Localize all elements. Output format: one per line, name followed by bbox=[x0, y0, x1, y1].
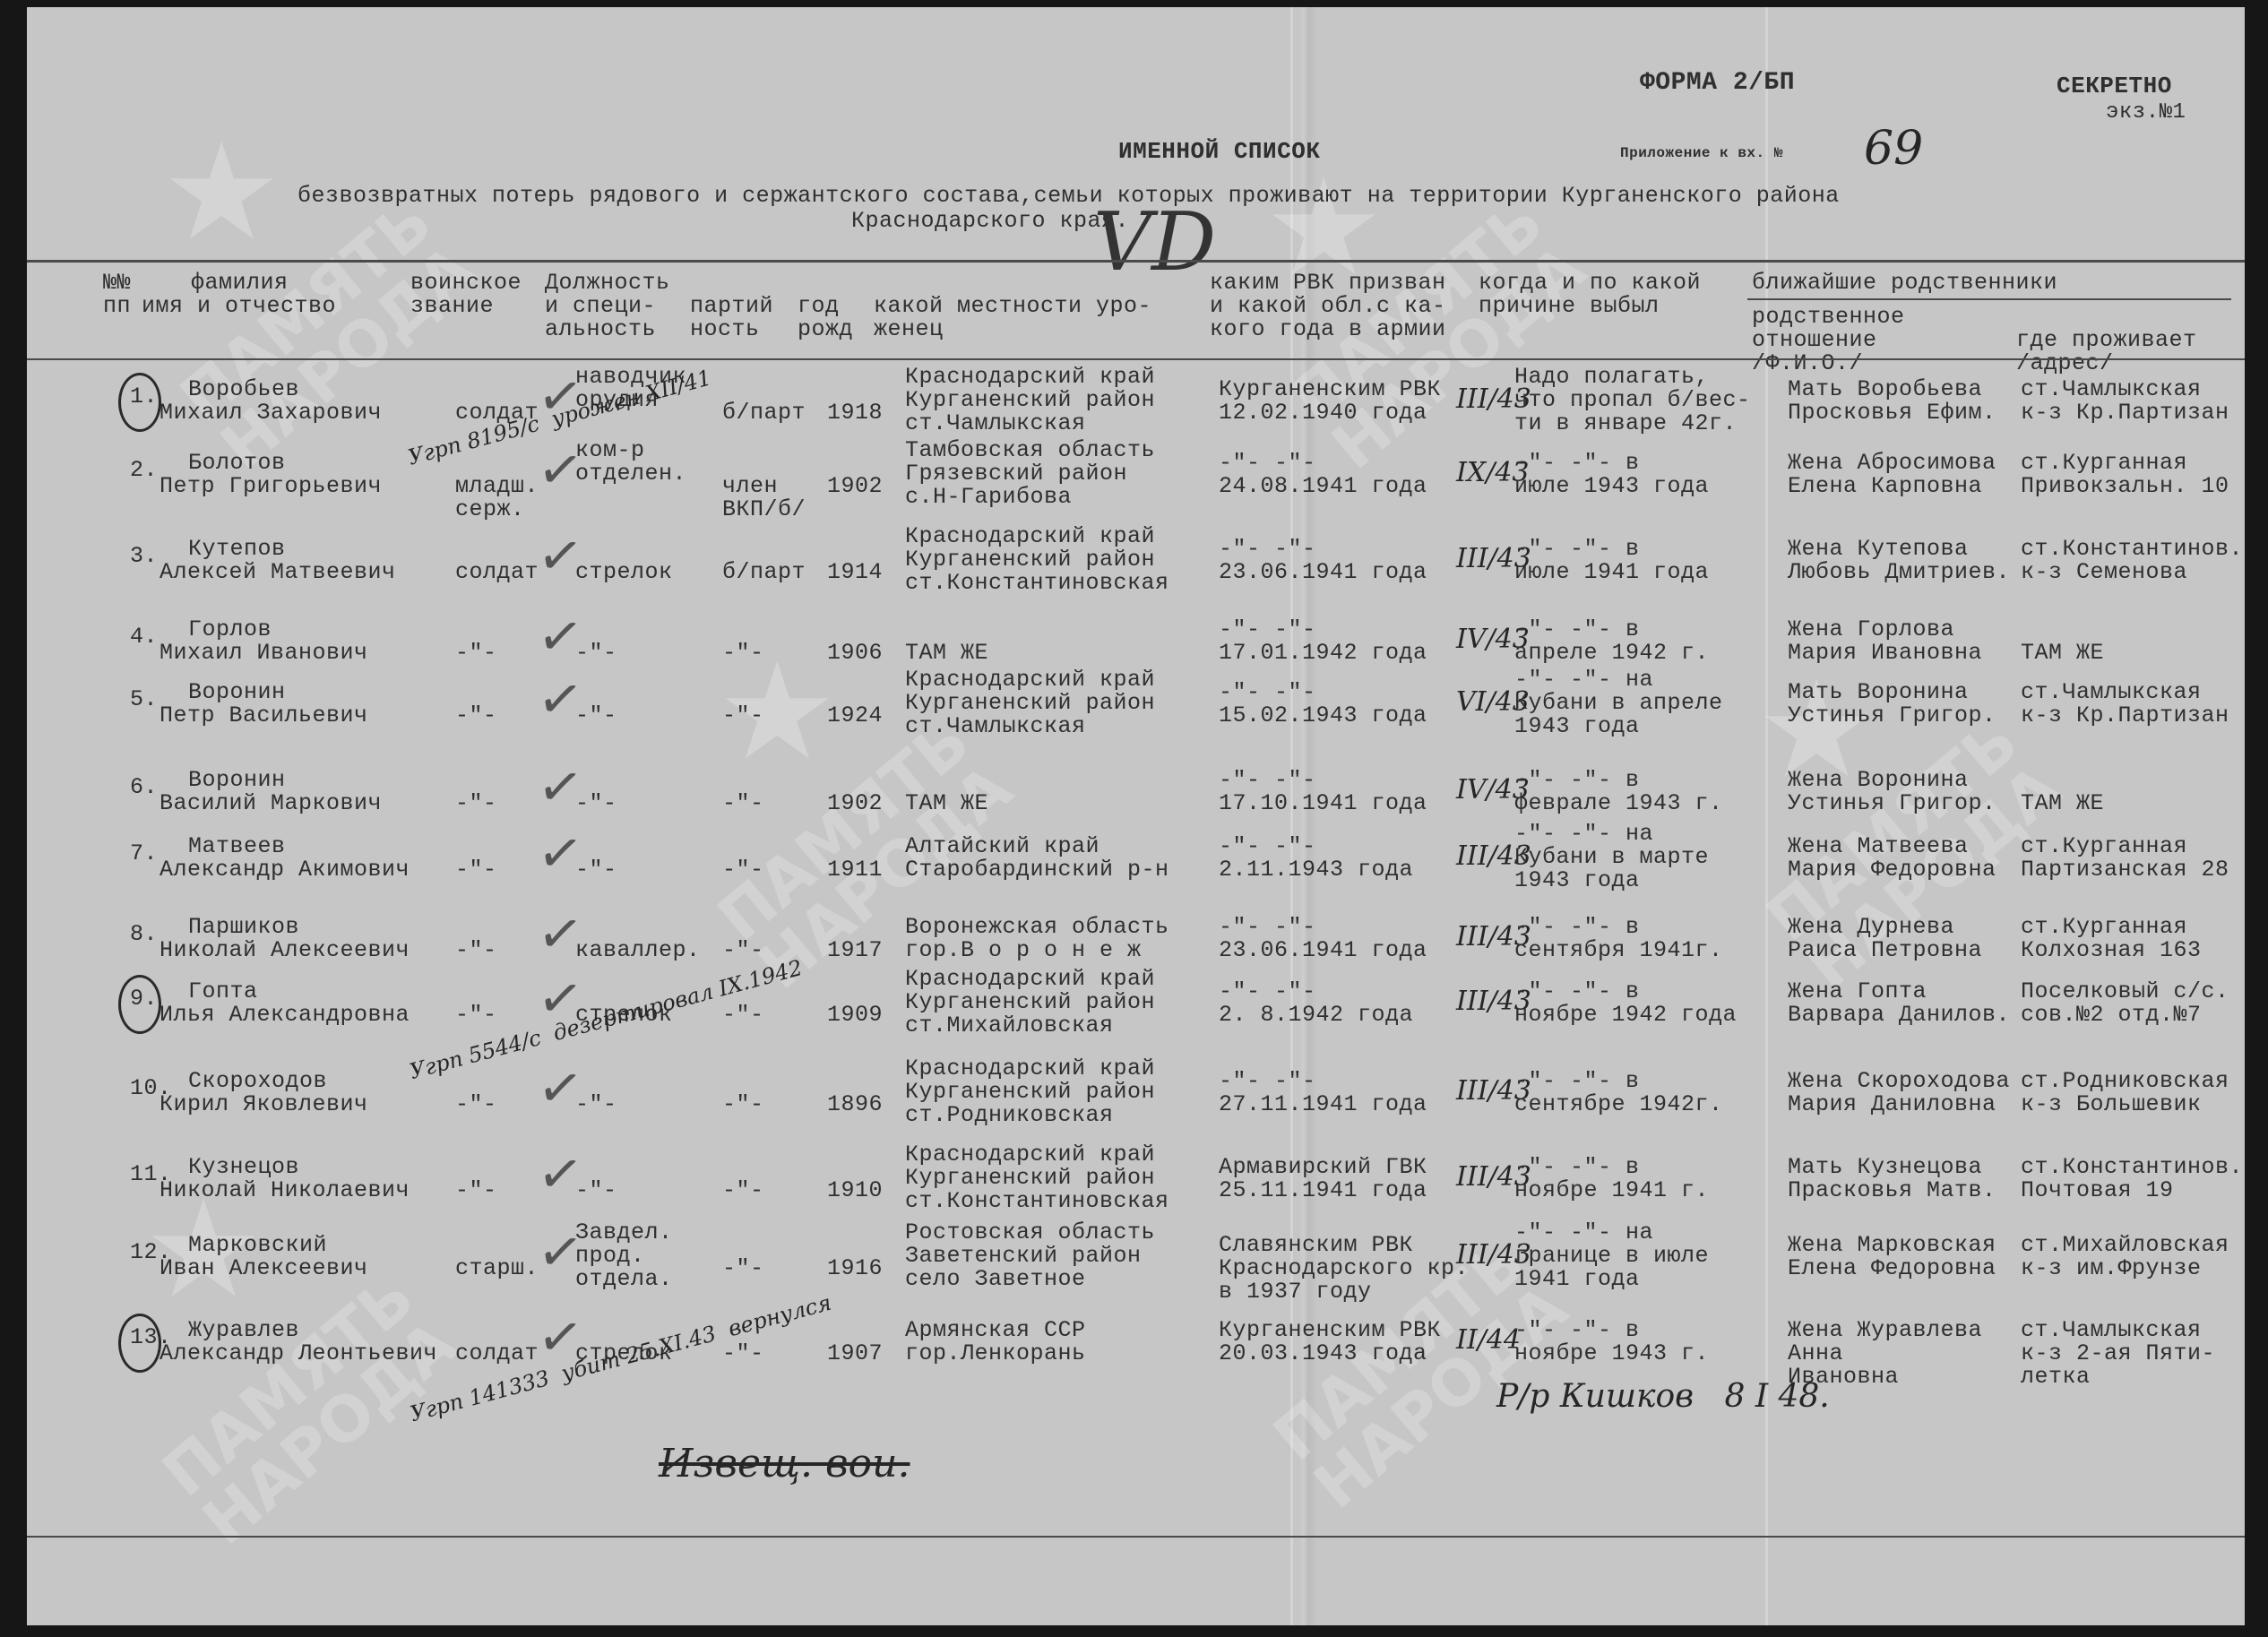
relative-address: ст.Константинов. к-з Семенова bbox=[2021, 538, 2243, 584]
surname: Кутепов bbox=[188, 538, 286, 561]
birth-year: 1910 bbox=[827, 1179, 883, 1202]
col-relatives-group: ближайшие родственники bbox=[1752, 271, 2057, 295]
check-mark-icon: ✓ bbox=[533, 1141, 587, 1209]
surname: Матвеев bbox=[188, 835, 286, 858]
circle-mark bbox=[118, 975, 161, 1034]
relative-address: ст.Курганная Партизанская 28 bbox=[2021, 835, 2229, 882]
copy-label: экз.№1 bbox=[2106, 101, 2186, 125]
page-title: ИМЕННОЙ СПИСОК bbox=[1118, 140, 1320, 163]
handwritten-date-mark: II/44 bbox=[1456, 1324, 1521, 1356]
relative-address: ТАМ ЖЕ bbox=[2021, 792, 2104, 815]
origin: Краснодарский край Курганенский район ст… bbox=[905, 366, 1155, 435]
party: -"- bbox=[722, 858, 821, 882]
surname: Горлов bbox=[188, 618, 272, 642]
surname: Паршиков bbox=[188, 916, 299, 939]
relative-address: ст.Чамлыкская к-з 2-ая Пяти- летка bbox=[2021, 1319, 2215, 1389]
row-number: 5. bbox=[130, 688, 158, 711]
birth-year: 1909 bbox=[827, 1004, 883, 1027]
origin: Краснодарский край Курганенский район ст… bbox=[905, 668, 1155, 738]
check-mark-icon: ✓ bbox=[533, 436, 587, 504]
col-origin: какой местности уро- женец bbox=[874, 295, 1151, 341]
loss-reason: -"- -"- в сентября 1941г. bbox=[1514, 916, 1723, 962]
birth-year: 1924 bbox=[827, 704, 883, 728]
relative-address: ст.Михайловская к-з им.Фрунзе bbox=[2021, 1234, 2229, 1280]
loss-reason: -"- -"- в сентябре 1942г. bbox=[1514, 1070, 1723, 1116]
footer-note: Извещ. вои. bbox=[659, 1441, 910, 1486]
given-names: Василий Маркович bbox=[160, 792, 382, 815]
col-address: где проживает /адрес/ bbox=[2016, 329, 2197, 375]
check-mark-icon: ✓ bbox=[533, 603, 587, 671]
table-bottom-rule bbox=[27, 1536, 2245, 1538]
origin: ТАМ ЖЕ bbox=[905, 792, 988, 815]
check-mark-icon: ✓ bbox=[533, 900, 587, 969]
conscription: -"- -"- 27.11.1941 года bbox=[1219, 1070, 1427, 1116]
origin: Алтайский край Старобардинский р-н bbox=[905, 835, 1169, 882]
loss-reason: -"- -"- на Кубани в апреле 1943 года bbox=[1514, 668, 1723, 738]
party: б/парт bbox=[722, 561, 821, 584]
given-names: Николай Алексеевич bbox=[160, 939, 410, 962]
loss-reason: -"- -"- в июле 1943 года bbox=[1514, 452, 1709, 498]
position: каваллер. bbox=[575, 939, 710, 962]
col-name: фамилия имя и отчество bbox=[142, 271, 336, 318]
relative-name: Жена Марковская Елена Федоровна bbox=[1788, 1234, 1996, 1280]
origin: Ростовская область Заветенский район сел… bbox=[905, 1221, 1155, 1291]
relative-address: ст.Чамлыкская к-з Кр.Партизан bbox=[2021, 378, 2229, 425]
relative-name: Мать Воронина Устинья Григор. bbox=[1788, 681, 1996, 728]
loss-reason: -"- -"- в феврале 1943 г. bbox=[1514, 769, 1723, 815]
relative-address: Поселковый с/с. сов.№2 отд.№7 bbox=[2021, 980, 2229, 1027]
surname: Журавлев bbox=[188, 1319, 299, 1342]
given-names: Петр Григорьевич bbox=[160, 475, 382, 498]
table-top-rule bbox=[27, 260, 2245, 263]
party: член ВКП/б/ bbox=[722, 475, 821, 521]
surname: Воробьев bbox=[188, 378, 299, 401]
handwritten-mark: VD bbox=[1093, 195, 1216, 289]
relative-name: Жена Матвеева Мария Федоровна bbox=[1788, 835, 1996, 882]
party: -"- bbox=[722, 704, 821, 728]
conscription: -"- -"- 17.01.1942 года bbox=[1219, 618, 1427, 665]
conscription: -"- -"- 23.06.1941 года bbox=[1219, 538, 1427, 584]
col-conscription: каким РВК призван и какой обл.с ка- кого… bbox=[1210, 271, 1446, 341]
check-mark-icon: ✓ bbox=[533, 666, 587, 734]
party: -"- bbox=[722, 1257, 821, 1280]
position: -"- bbox=[575, 1179, 710, 1202]
conscription: -"- -"- 24.08.1941 года bbox=[1219, 452, 1427, 498]
surname: Гопта bbox=[188, 980, 258, 1004]
party: -"- bbox=[722, 1004, 821, 1027]
origin: Тамбовская область Грязевский район с.Н-… bbox=[905, 439, 1155, 509]
position: стрелок bbox=[575, 561, 710, 584]
origin: Краснодарский край Курганенский район ст… bbox=[905, 968, 1155, 1038]
relative-name: Жена Дурнева Раиса Петровна bbox=[1788, 916, 1982, 962]
party: -"- bbox=[722, 792, 821, 815]
row-number: 2. bbox=[130, 459, 158, 482]
conscription: Армавирский ГВК 25.11.1941 года bbox=[1219, 1156, 1427, 1202]
relative-name: Мать Кузнецова Прасковья Матв. bbox=[1788, 1156, 1996, 1202]
position: Завдел. прод. отдела. bbox=[575, 1221, 710, 1291]
row-number: 4. bbox=[130, 625, 158, 649]
origin: Армянская ССР гор.Ленкорань bbox=[905, 1319, 1086, 1366]
birth-year: 1896 bbox=[827, 1093, 883, 1116]
circle-mark bbox=[118, 1314, 161, 1373]
given-names: Александр Акимович bbox=[160, 858, 410, 882]
birth-year: 1917 bbox=[827, 939, 883, 962]
loss-reason: -"- -"- в ноябре 1943 г. bbox=[1514, 1319, 1709, 1366]
col-num: №№ пп bbox=[103, 271, 131, 318]
row-number: 7. bbox=[130, 842, 158, 866]
watermark-star-icon: ★ bbox=[161, 115, 281, 271]
party: -"- bbox=[722, 1179, 821, 1202]
birth-year: 1911 bbox=[827, 858, 883, 882]
relative-name: Жена Гопта Варвара Данилов. bbox=[1788, 980, 2010, 1027]
party: -"- bbox=[722, 1342, 821, 1366]
given-names: Алексей Матвеевич bbox=[160, 561, 396, 584]
loss-reason: -"- -"- в ноябре 1942 года bbox=[1514, 980, 1737, 1027]
loss-reason: -"- -"- на Кубани в марте 1943 года bbox=[1514, 823, 1709, 892]
surname: Скороходов bbox=[188, 1070, 327, 1093]
relative-name: Жена Воронина Устинья Григор. bbox=[1788, 769, 1996, 815]
surname: Кузнецов bbox=[188, 1156, 299, 1179]
loss-reason: -"- -"- на границе в июле 1941 года bbox=[1514, 1221, 1709, 1291]
incoming-number: 69 bbox=[1864, 122, 1923, 176]
incoming-stamp: Приложение к вх. № bbox=[1620, 142, 1783, 165]
origin: Краснодарский край Курганенский район ст… bbox=[905, 1057, 1155, 1127]
table-header-rule bbox=[27, 358, 2245, 360]
relative-address: ст.Константинов. Почтовая 19 bbox=[2021, 1156, 2243, 1202]
surname: Марковский bbox=[188, 1234, 327, 1257]
page-subtitle: безвозвратных потерь рядового и сержантс… bbox=[298, 185, 1840, 208]
relative-name: Жена Абросимова Елена Карповна bbox=[1788, 452, 1996, 498]
position: -"- bbox=[575, 792, 710, 815]
row-number: 3. bbox=[130, 545, 158, 568]
surname: Воронин bbox=[188, 681, 286, 704]
row-number: 8. bbox=[130, 923, 158, 946]
position: -"- bbox=[575, 858, 710, 882]
col-party: партий ность bbox=[690, 295, 773, 341]
birth-year: 1906 bbox=[827, 642, 883, 665]
col-relation: родственное отношение /Ф.И.О./ bbox=[1752, 306, 1905, 375]
signature: Р/р Кишков 8 I 48. bbox=[1496, 1378, 1830, 1415]
birth-year: 1914 bbox=[827, 561, 883, 584]
given-names: Петр Васильевич bbox=[160, 704, 368, 728]
relative-name: Жена Скороходова Мария Даниловна bbox=[1788, 1070, 2010, 1116]
given-names: Николай Николаевич bbox=[160, 1179, 410, 1202]
check-mark-icon: ✓ bbox=[533, 1219, 587, 1287]
surname: Болотов bbox=[188, 452, 286, 475]
conscription: -"- -"- 2.11.1943 года bbox=[1219, 835, 1413, 882]
relative-address: ТАМ ЖЕ bbox=[2021, 642, 2104, 665]
given-names: Иван Алексеевич bbox=[160, 1257, 368, 1280]
relative-name: Жена Кутепова Любовь Дмитриев. bbox=[1788, 538, 2010, 584]
col-year: год рожд bbox=[798, 295, 853, 341]
birth-year: 1902 bbox=[827, 475, 883, 498]
birth-year: 1916 bbox=[827, 1257, 883, 1280]
relative-address: ст.Родниковская к-з Большевик bbox=[2021, 1070, 2229, 1116]
birth-year: 1918 bbox=[827, 401, 883, 425]
loss-reason: -"- -"- в июле 1941 года bbox=[1514, 538, 1709, 584]
position: -"- bbox=[575, 1093, 710, 1116]
circle-mark bbox=[118, 373, 161, 432]
loss-reason: Надо полагать, что пропал б/вес- ти в ян… bbox=[1514, 366, 1751, 435]
party: б/парт bbox=[722, 401, 821, 425]
secrecy-label: СЕКРЕТНО bbox=[2057, 74, 2172, 98]
position: -"- bbox=[575, 704, 710, 728]
relative-address: ст.Чамлыкская к-з Кр.Партизан bbox=[2021, 681, 2229, 728]
check-mark-icon: ✓ bbox=[533, 820, 587, 888]
relative-address: ст.Курганная Привокзальн. 10 bbox=[2021, 452, 2229, 498]
surname: Воронин bbox=[188, 769, 286, 792]
conscription: -"- -"- 23.06.1941 года bbox=[1219, 916, 1427, 962]
given-names: Илья Александровна bbox=[160, 1004, 410, 1027]
check-mark-icon: ✓ bbox=[533, 1055, 587, 1123]
party: -"- bbox=[722, 1093, 821, 1116]
conscription: Курганенским РВК 12.02.1940 года bbox=[1219, 378, 1441, 425]
party: -"- bbox=[722, 939, 821, 962]
loss-reason: -"- -"- в ноябре 1941 г. bbox=[1514, 1156, 1709, 1202]
document-page: ★ ПАМЯТЬ НАРОДА ★ ПАМЯТЬ НАРОДА ★ ПАМЯТЬ… bbox=[27, 7, 2245, 1625]
origin: Краснодарский край Курганенский район ст… bbox=[905, 525, 1169, 595]
relatives-rule bbox=[1747, 298, 2231, 300]
col-rank: воинское звание bbox=[410, 271, 522, 318]
conscription: -"- -"- 2. 8.1942 года bbox=[1219, 980, 1413, 1027]
given-names: Александр Леонтьевич bbox=[160, 1342, 437, 1366]
party: -"- bbox=[722, 642, 821, 665]
row-number: 6. bbox=[130, 776, 158, 799]
birth-year: 1902 bbox=[827, 792, 883, 815]
check-mark-icon: ✓ bbox=[533, 522, 587, 590]
col-loss: когда и по какой причине выбыл bbox=[1479, 271, 1701, 318]
relative-name: Мать Воробьева Просковья Ефим. bbox=[1788, 378, 1996, 425]
check-mark-icon: ✓ bbox=[533, 754, 587, 822]
position: -"- bbox=[575, 642, 710, 665]
given-names: Михаил Захарович bbox=[160, 401, 382, 425]
conscription: Курганенским РВК 20.03.1943 года bbox=[1219, 1319, 1441, 1366]
birth-year: 1907 bbox=[827, 1342, 883, 1366]
conscription: Славянским РВК Краснодарского кр. в 1937… bbox=[1219, 1234, 1469, 1304]
given-names: Михаил Иванович bbox=[160, 642, 368, 665]
page-subtitle-2: Краснодарского края. bbox=[851, 210, 1129, 233]
origin: Воронежская область гор.В о р о н е ж bbox=[905, 916, 1169, 962]
relative-address: ст.Курганная Колхозная 163 bbox=[2021, 916, 2202, 962]
form-label: ФОРМА 2/БП bbox=[1640, 72, 1795, 95]
loss-reason: -"- -"- в апреле 1942 г. bbox=[1514, 618, 1709, 665]
origin: ТАМ ЖЕ bbox=[905, 642, 988, 665]
relative-name: Жена Горлова Мария Ивановна bbox=[1788, 618, 1982, 665]
conscription: -"- -"- 15.02.1943 года bbox=[1219, 681, 1427, 728]
given-names: Кирил Яковлевич bbox=[160, 1093, 368, 1116]
conscription: -"- -"- 17.10.1941 года bbox=[1219, 769, 1427, 815]
origin: Краснодарский край Курганенский район ст… bbox=[905, 1143, 1169, 1213]
position: ком-р отделен. bbox=[575, 439, 710, 486]
col-position: Должность и специ- альность bbox=[545, 271, 670, 341]
